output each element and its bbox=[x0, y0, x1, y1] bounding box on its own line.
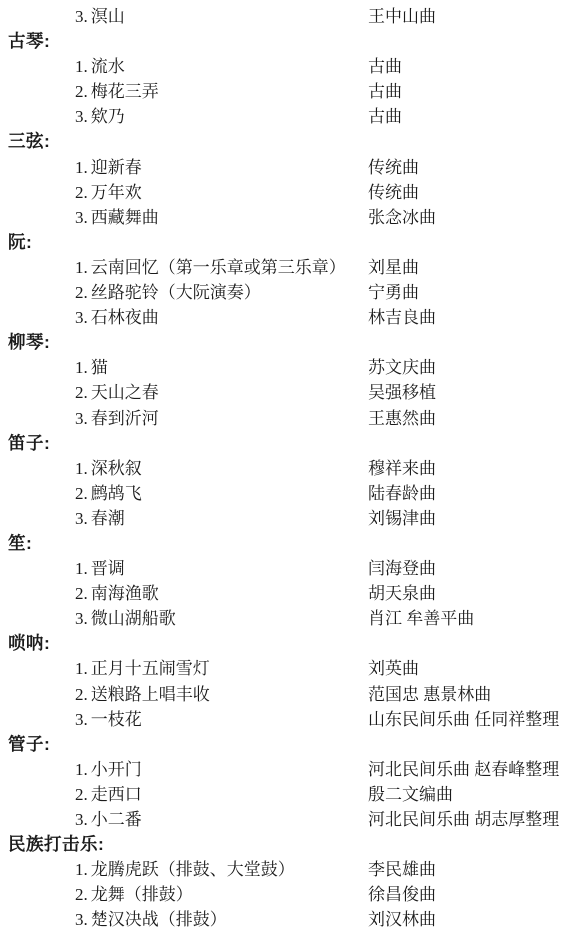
item-number: 2. bbox=[75, 682, 88, 707]
repertoire-item: 2.鹧鸪飞陆春龄曲 bbox=[0, 481, 562, 506]
item-composer: 殷二文编曲 bbox=[368, 782, 453, 807]
item-number: 3. bbox=[75, 305, 88, 330]
item-title: 小二番 bbox=[91, 807, 142, 832]
item-title: 万年欢 bbox=[91, 180, 142, 205]
repertoire-list: 3.溟山王中山曲古琴:1.流水古曲2.梅花三弄古曲3.欸乃古曲三弦:1.迎新春传… bbox=[0, 0, 562, 932]
repertoire-item: 2.南海渔歌胡天泉曲 bbox=[0, 581, 562, 606]
item-title: 春潮 bbox=[91, 506, 125, 531]
item-number: 2. bbox=[75, 581, 88, 606]
repertoire-item: 3.小二番河北民间乐曲 胡志厚整理 bbox=[0, 807, 562, 832]
item-title: 深秋叙 bbox=[91, 456, 142, 481]
repertoire-item: 2.送粮路上唱丰收范国忠 惠景林曲 bbox=[0, 682, 562, 707]
repertoire-item: 2.梅花三弄古曲 bbox=[0, 79, 562, 104]
repertoire-item: 1.猫苏文庆曲 bbox=[0, 355, 562, 380]
item-composer: 闫海登曲 bbox=[368, 556, 436, 581]
section-header: 柳琴: bbox=[0, 330, 562, 355]
item-composer: 山东民间乐曲 任同祥整理 bbox=[368, 707, 559, 732]
section-header: 唢呐: bbox=[0, 631, 562, 656]
item-number: 2. bbox=[75, 782, 88, 807]
item-title: 小开门 bbox=[91, 757, 142, 782]
item-number: 1. bbox=[75, 355, 88, 380]
item-number: 1. bbox=[75, 155, 88, 180]
item-title: 春到沂河 bbox=[91, 406, 159, 431]
item-composer: 李民雄曲 bbox=[368, 857, 436, 882]
item-number: 1. bbox=[75, 857, 88, 882]
item-number: 3. bbox=[75, 104, 88, 129]
repertoire-item: 1.云南回忆（第一乐章或第三乐章）刘星曲 bbox=[0, 255, 562, 280]
item-title: 鹧鸪飞 bbox=[91, 481, 142, 506]
repertoire-item: 3.欸乃古曲 bbox=[0, 104, 562, 129]
item-composer: 王惠然曲 bbox=[368, 406, 436, 431]
repertoire-item: 3.西藏舞曲张念冰曲 bbox=[0, 205, 562, 230]
item-title: 正月十五闹雪灯 bbox=[91, 656, 210, 681]
repertoire-item: 3.一枝花山东民间乐曲 任同祥整理 bbox=[0, 707, 562, 732]
item-number: 1. bbox=[75, 556, 88, 581]
item-composer: 张念冰曲 bbox=[368, 205, 436, 230]
item-number: 2. bbox=[75, 481, 88, 506]
repertoire-item: 1.正月十五闹雪灯刘英曲 bbox=[0, 656, 562, 681]
item-composer: 胡天泉曲 bbox=[368, 581, 436, 606]
item-number: 2. bbox=[75, 882, 88, 907]
item-title: 流水 bbox=[91, 54, 125, 79]
item-number: 1. bbox=[75, 656, 88, 681]
item-number: 3. bbox=[75, 406, 88, 431]
item-composer: 河北民间乐曲 胡志厚整理 bbox=[368, 807, 559, 832]
repertoire-item: 3.春潮刘锡津曲 bbox=[0, 506, 562, 531]
section-header: 古琴: bbox=[0, 29, 562, 54]
repertoire-item: 2.走西口殷二文编曲 bbox=[0, 782, 562, 807]
repertoire-item: 3.楚汉决战（排鼓）刘汉林曲 bbox=[0, 907, 562, 932]
section-header: 民族打击乐: bbox=[0, 832, 562, 857]
repertoire-item: 3.春到沂河王惠然曲 bbox=[0, 406, 562, 431]
item-number: 1. bbox=[75, 757, 88, 782]
repertoire-item: 3.微山湖船歌肖江 牟善平曲 bbox=[0, 606, 562, 631]
repertoire-item: 1.小开门河北民间乐曲 赵春峰整理 bbox=[0, 757, 562, 782]
item-title: 猫 bbox=[91, 355, 108, 380]
item-title: 南海渔歌 bbox=[91, 581, 159, 606]
item-composer: 刘星曲 bbox=[368, 255, 419, 280]
repertoire-item: 1.深秋叙穆祥来曲 bbox=[0, 456, 562, 481]
repertoire-item: 2.龙舞（排鼓）徐昌俊曲 bbox=[0, 882, 562, 907]
item-title: 一枝花 bbox=[91, 707, 142, 732]
item-composer: 河北民间乐曲 赵春峰整理 bbox=[368, 757, 559, 782]
item-title: 梅花三弄 bbox=[91, 79, 159, 104]
section-header: 阮: bbox=[0, 230, 562, 255]
repertoire-document: 3.溟山王中山曲古琴:1.流水古曲2.梅花三弄古曲3.欸乃古曲三弦:1.迎新春传… bbox=[0, 0, 562, 944]
item-title: 溟山 bbox=[91, 4, 125, 29]
item-composer: 古曲 bbox=[368, 79, 402, 104]
item-number: 3. bbox=[75, 205, 88, 230]
item-number: 1. bbox=[75, 54, 88, 79]
section-header: 笙: bbox=[0, 531, 562, 556]
repertoire-item: 2.万年欢传统曲 bbox=[0, 180, 562, 205]
item-composer: 刘汉林曲 bbox=[368, 907, 436, 932]
item-number: 3. bbox=[75, 606, 88, 631]
section-header: 管子: bbox=[0, 732, 562, 757]
item-composer: 古曲 bbox=[368, 104, 402, 129]
item-composer: 苏文庆曲 bbox=[368, 355, 436, 380]
item-title: 微山湖船歌 bbox=[91, 606, 176, 631]
item-title: 龙舞（排鼓） bbox=[91, 882, 193, 907]
item-number: 2. bbox=[75, 180, 88, 205]
repertoire-item: 1.流水古曲 bbox=[0, 54, 562, 79]
item-number: 3. bbox=[75, 907, 88, 932]
item-title: 欸乃 bbox=[91, 104, 125, 129]
repertoire-item: 1.晋调闫海登曲 bbox=[0, 556, 562, 581]
repertoire-item: 1.迎新春传统曲 bbox=[0, 155, 562, 180]
item-number: 3. bbox=[75, 4, 88, 29]
item-title: 石林夜曲 bbox=[91, 305, 159, 330]
section-header: 三弦: bbox=[0, 129, 562, 154]
item-number: 2. bbox=[75, 380, 88, 405]
item-number: 3. bbox=[75, 707, 88, 732]
item-title: 楚汉决战（排鼓） bbox=[91, 907, 227, 932]
item-composer: 陆春龄曲 bbox=[368, 481, 436, 506]
item-number: 3. bbox=[75, 807, 88, 832]
item-title: 天山之春 bbox=[91, 380, 159, 405]
item-number: 1. bbox=[75, 456, 88, 481]
repertoire-item: 1.龙腾虎跃（排鼓、大堂鼓）李民雄曲 bbox=[0, 857, 562, 882]
item-title: 龙腾虎跃（排鼓、大堂鼓） bbox=[91, 857, 295, 882]
item-composer: 王中山曲 bbox=[368, 4, 436, 29]
item-title: 走西口 bbox=[91, 782, 142, 807]
item-number: 1. bbox=[75, 255, 88, 280]
item-title: 云南回忆（第一乐章或第三乐章） bbox=[91, 255, 346, 280]
item-composer: 吴强移植 bbox=[368, 380, 436, 405]
item-composer: 刘锡津曲 bbox=[368, 506, 436, 531]
item-number: 3. bbox=[75, 506, 88, 531]
repertoire-item: 3.石林夜曲林吉良曲 bbox=[0, 305, 562, 330]
item-composer: 林吉良曲 bbox=[368, 305, 436, 330]
item-composer: 刘英曲 bbox=[368, 656, 419, 681]
item-title: 西藏舞曲 bbox=[91, 205, 159, 230]
item-composer: 传统曲 bbox=[368, 180, 419, 205]
repertoire-item: 2.丝路驼铃（大阮演奏）宁勇曲 bbox=[0, 280, 562, 305]
item-title: 晋调 bbox=[91, 556, 125, 581]
item-number: 2. bbox=[75, 79, 88, 104]
item-title: 迎新春 bbox=[91, 155, 142, 180]
item-title: 丝路驼铃（大阮演奏） bbox=[91, 280, 261, 305]
repertoire-item: 3.溟山王中山曲 bbox=[0, 4, 562, 29]
item-composer: 古曲 bbox=[368, 54, 402, 79]
item-composer: 穆祥来曲 bbox=[368, 456, 436, 481]
item-composer: 传统曲 bbox=[368, 155, 419, 180]
repertoire-item: 2.天山之春吴强移植 bbox=[0, 380, 562, 405]
item-composer: 宁勇曲 bbox=[368, 280, 419, 305]
section-header: 笛子: bbox=[0, 431, 562, 456]
item-number: 2. bbox=[75, 280, 88, 305]
item-title: 送粮路上唱丰收 bbox=[91, 682, 210, 707]
item-composer: 肖江 牟善平曲 bbox=[368, 606, 474, 631]
item-composer: 范国忠 惠景林曲 bbox=[368, 682, 491, 707]
item-composer: 徐昌俊曲 bbox=[368, 882, 436, 907]
